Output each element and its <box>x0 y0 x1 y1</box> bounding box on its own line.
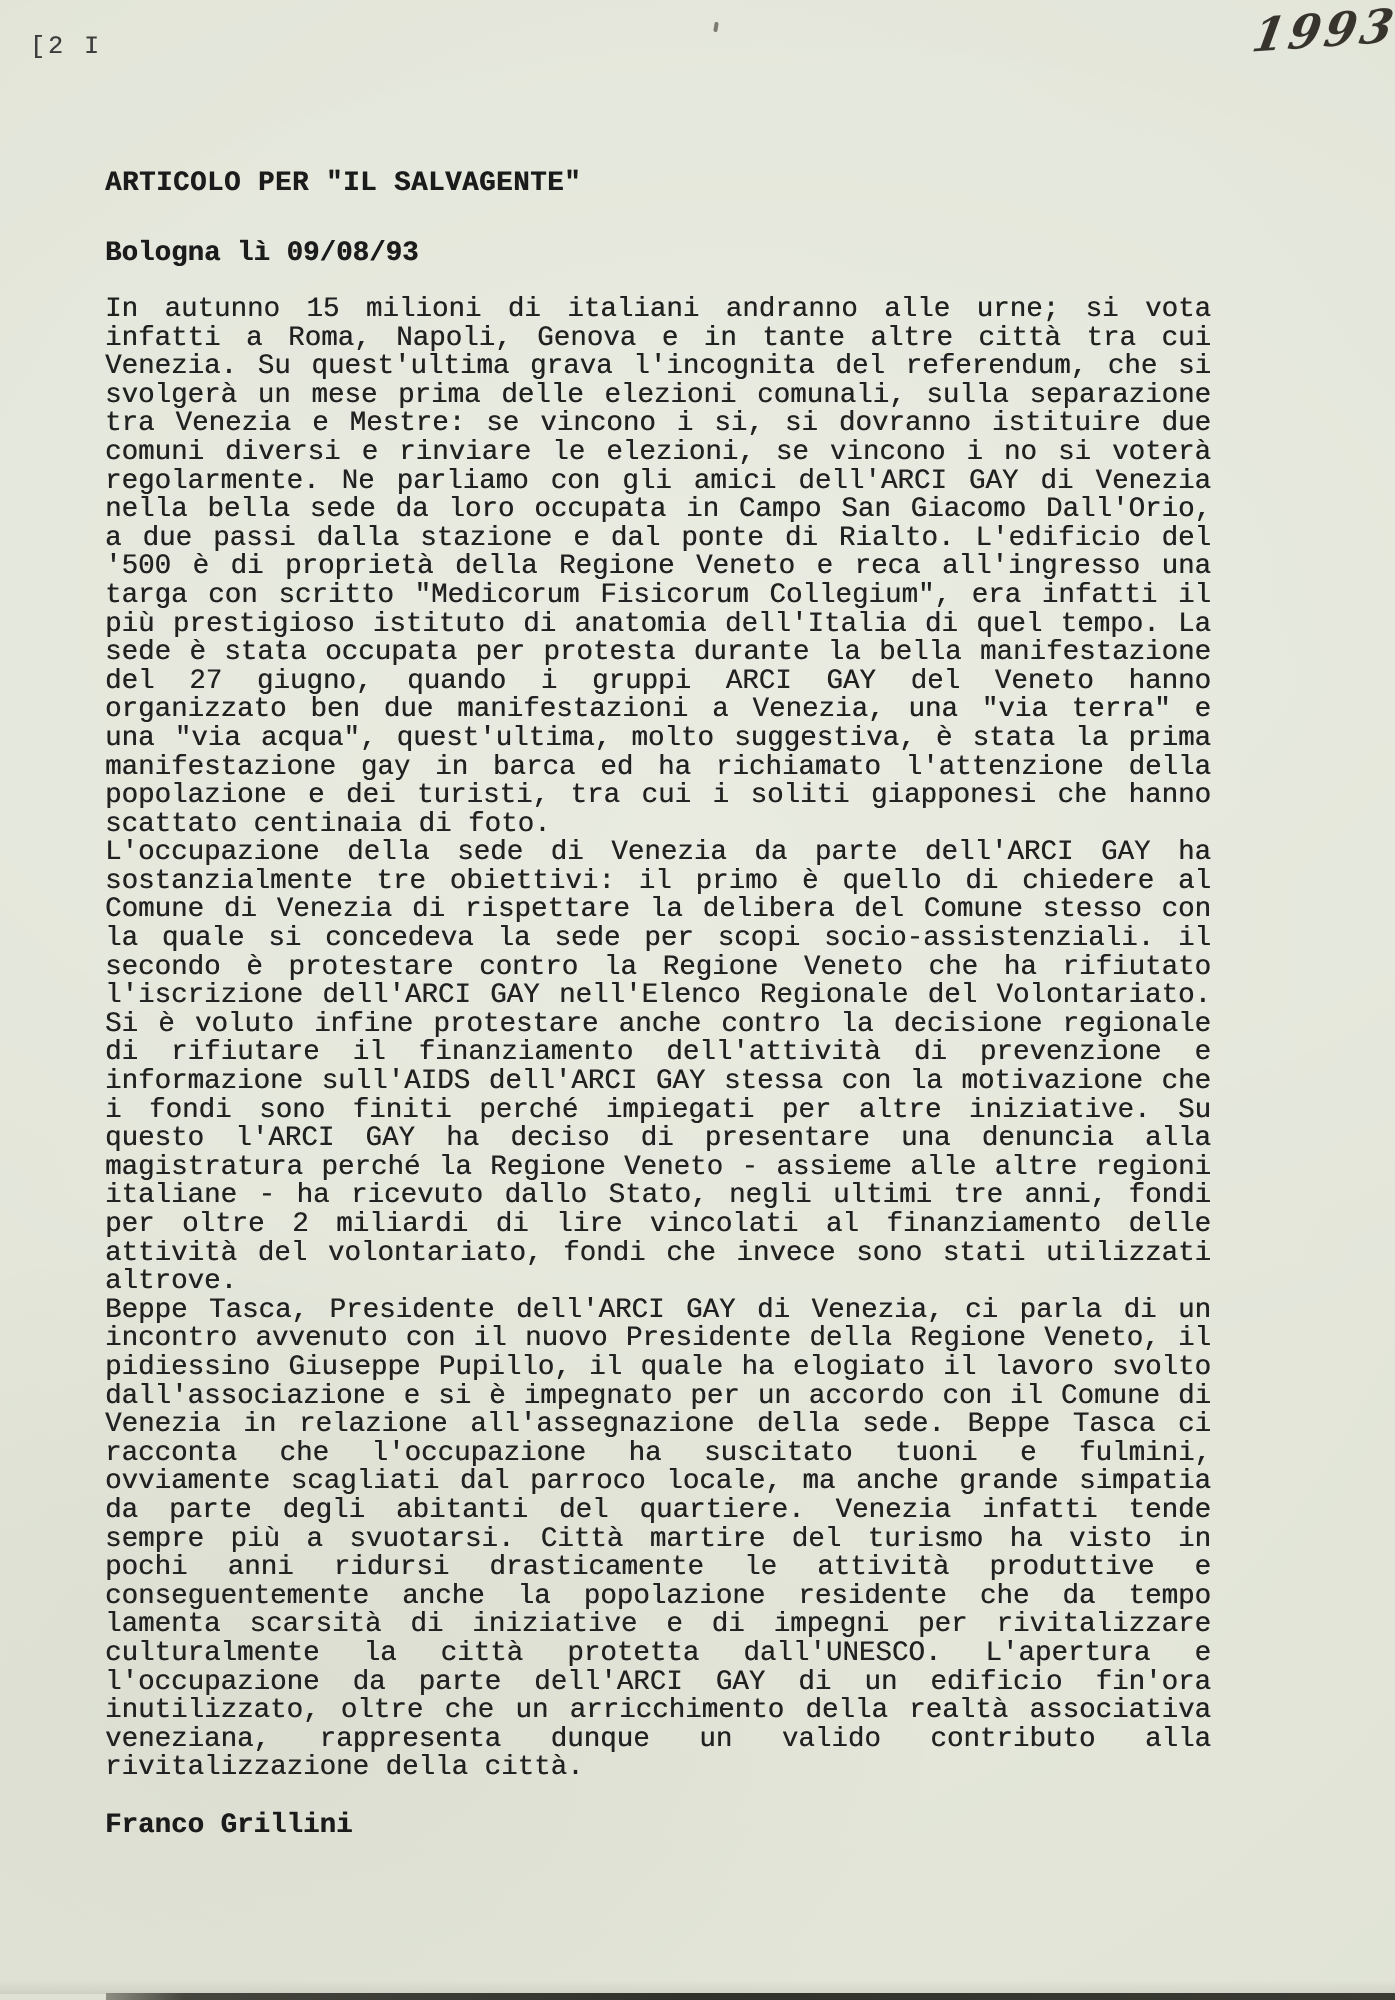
body-line: organizzato ben due manifestazioni a Ven… <box>105 696 1211 725</box>
body-line: Comune di Venezia di rispettare la delib… <box>105 896 1211 925</box>
body-line: comuni diversi e rinviare le elezioni, s… <box>105 439 1211 468</box>
body-line: una "via acqua", quest'ultima, molto sug… <box>105 725 1211 754</box>
body-line: scattato centinaia di foto. <box>105 811 1211 840</box>
body-text: In autunno 15 milioni di italiani andran… <box>105 296 1211 1783</box>
body-line: italiane - ha ricevuto dallo Stato, negl… <box>105 1182 1211 1211</box>
body-line: informazione sull'AIDS dell'ARCI GAY ste… <box>105 1068 1211 1097</box>
body-line: Venezia. Su quest'ultima grava l'incogni… <box>105 353 1211 382</box>
body-line: Si è voluto infine protestare anche cont… <box>105 1011 1211 1040</box>
body-line: da parte degli abitanti del quartiere. V… <box>105 1497 1211 1526</box>
body-line: svolgerà un mese prima delle elezioni co… <box>105 382 1211 411</box>
body-line: del 27 giugno, quando i gruppi ARCI GAY … <box>105 668 1211 697</box>
body-line: incontro avvenuto con il nuovo President… <box>105 1325 1211 1354</box>
archival-mark: [2 I <box>30 32 102 61</box>
body-line: sempre più a svuotarsi. Città martire de… <box>105 1526 1211 1555</box>
scan-bottom-edge <box>106 1993 1395 2000</box>
body-line: '500 è di proprietà della Regione Veneto… <box>105 553 1211 582</box>
document-title: ARTICOLO PER "IL SALVAGENTE" <box>105 170 581 199</box>
body-line: racconta che l'occupazione ha suscitato … <box>105 1440 1211 1469</box>
body-line: sede è stata occupata per protesta duran… <box>105 639 1211 668</box>
handwritten-year-annotation: 1993 <box>1248 0 1395 63</box>
body-line: i fondi sono finiti perché impiegati per… <box>105 1097 1211 1126</box>
body-line: lamenta scarsità di iniziative e di impe… <box>105 1611 1211 1640</box>
body-line: l'iscrizione dell'ARCI GAY nell'Elenco R… <box>105 982 1211 1011</box>
scanned-document-page: [2 I 1993 ARTICOLO PER "IL SALVAGENTE" B… <box>0 0 1395 2000</box>
body-line: tra Venezia e Mestre: se vincono i si, s… <box>105 410 1211 439</box>
body-line: rivitalizzazione della città. <box>105 1754 1211 1783</box>
body-line: Beppe Tasca, Presidente dell'ARCI GAY di… <box>105 1297 1211 1326</box>
body-line: attività del volontariato, fondi che inv… <box>105 1240 1211 1269</box>
body-line: altrove. <box>105 1268 1211 1297</box>
body-line: pidiessino Giuseppe Pupillo, il quale ha… <box>105 1354 1211 1383</box>
body-line: per oltre 2 miliardi di lire vincolati a… <box>105 1211 1211 1240</box>
body-line: conseguentemente anche la popolazione re… <box>105 1583 1211 1612</box>
body-line: questo l'ARCI GAY ha deciso di presentar… <box>105 1125 1211 1154</box>
scan-bottom-shadow <box>0 1980 1395 1994</box>
body-line: magistratura perché la Regione Veneto - … <box>105 1154 1211 1183</box>
body-line: L'occupazione della sede di Venezia da p… <box>105 839 1211 868</box>
body-line: la quale si concedeva la sede per scopi … <box>105 925 1211 954</box>
body-line: Venezia in relazione all'assegnazione de… <box>105 1411 1211 1440</box>
body-line: inutilizzato, oltre che un arricchimento… <box>105 1697 1211 1726</box>
body-line: di rifiutare il finanziamento dell'attiv… <box>105 1039 1211 1068</box>
body-line: manifestazione gay in barca ed ha richia… <box>105 754 1211 783</box>
body-line: più prestigioso istituto di anatomia del… <box>105 611 1211 640</box>
body-line: targa con scritto "Medicorum Fisicorum C… <box>105 582 1211 611</box>
body-line: veneziana, rappresenta dunque un valido … <box>105 1726 1211 1755</box>
body-line: ovviamente scagliati dal parroco locale,… <box>105 1468 1211 1497</box>
body-line: In autunno 15 milioni di italiani andran… <box>105 296 1211 325</box>
body-line: dall'associazione e si è impegnato per u… <box>105 1383 1211 1412</box>
body-line: a due passi dalla stazione e dal ponte d… <box>105 525 1211 554</box>
body-line: secondo è protestare contro la Regione V… <box>105 954 1211 983</box>
body-line: nella bella sede da loro occupata in Cam… <box>105 496 1211 525</box>
stray-ink-mark <box>713 22 719 33</box>
dateline: Bologna lì 09/08/93 <box>105 240 419 269</box>
body-line: pochi anni ridursi drasticamente le atti… <box>105 1554 1211 1583</box>
body-line: popolazione e dei turisti, tra cui i sol… <box>105 782 1211 811</box>
body-line: sostanzialmente tre obiettivi: il primo … <box>105 868 1211 897</box>
body-line: l'occupazione da parte dell'ARCI GAY di … <box>105 1669 1211 1698</box>
body-line: culturalmente la città protetta dall'UNE… <box>105 1640 1211 1669</box>
body-line: regolarmente. Ne parliamo con gli amici … <box>105 468 1211 497</box>
signature: Franco Grillini <box>105 1812 353 1841</box>
body-line: infatti a Roma, Napoli, Genova e in tant… <box>105 325 1211 354</box>
